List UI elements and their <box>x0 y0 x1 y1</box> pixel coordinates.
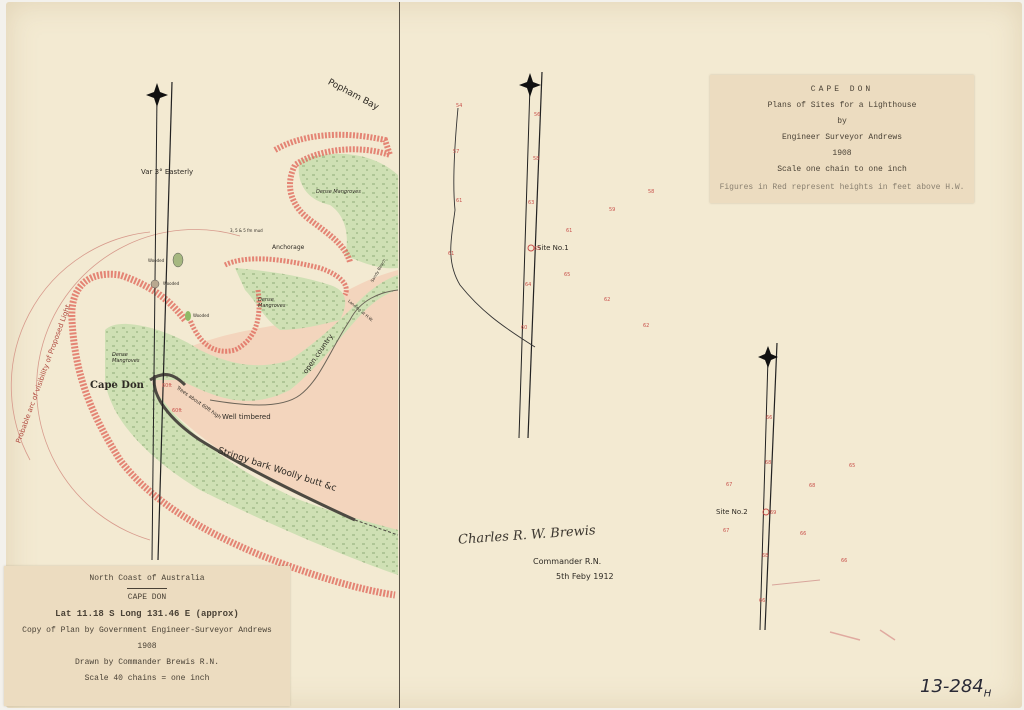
anchorage-label: Anchorage <box>272 244 304 251</box>
dense-mangroves-label-1: Dense Mangroves <box>316 189 361 195</box>
site2-center-height: 69 <box>770 510 776 516</box>
spot-height: 66 <box>759 598 765 604</box>
title-line: CAPE DON <box>710 85 974 94</box>
site1-boundary <box>451 108 535 347</box>
spot-height: 61 <box>448 251 454 257</box>
title-line: by <box>710 117 974 126</box>
reference-number-main: 13-284 <box>920 676 984 697</box>
title-block-left: North Coast of Australia CAPE DON Lat 11… <box>4 566 290 706</box>
reference-number-suffix: H <box>984 689 992 700</box>
spot-height: 61 <box>566 228 572 234</box>
title-line: Figures in Red represent heights in feet… <box>710 183 974 192</box>
spot-height: 59 <box>609 207 615 213</box>
spot-height: 67 <box>723 528 729 534</box>
variation-label: Var 3° Easterly <box>141 168 193 176</box>
dense-mangroves-label-3: Dense Mangroves <box>112 352 152 364</box>
site2-label: Site No.2 <box>716 508 748 516</box>
wooded-label-2: Wooded <box>163 281 179 286</box>
spot-height: 66 <box>766 415 772 421</box>
height-label-1: 60ft <box>162 383 172 389</box>
spot-height: 65 <box>564 272 570 278</box>
title-line: 1908 <box>710 149 974 158</box>
title-line: Scale 40 chains = one inch <box>4 674 290 683</box>
title-line: Drawn by Commander Brewis R.N. <box>4 658 290 667</box>
title-line: Plans of Sites for a Lighthouse <box>710 101 974 110</box>
spot-height: 58 <box>533 156 539 162</box>
spot-height: 62 <box>643 323 649 329</box>
reference-number: 13-284H <box>920 676 991 700</box>
north-arrow-site2 <box>758 343 778 630</box>
spot-height: 66 <box>841 558 847 564</box>
spot-height: 63 <box>528 200 534 206</box>
spot-height: 68 <box>762 553 768 559</box>
wooded-label-3: Wooded <box>193 313 209 318</box>
spot-height: 67 <box>726 482 732 488</box>
sheet-fold-line <box>399 2 400 708</box>
dense-mangroves-label-2: Dense Mangroves <box>258 297 298 309</box>
spot-height: 68 <box>809 483 815 489</box>
height-label-2: 60ft <box>172 408 182 414</box>
wooded-label-1: Wooded <box>148 258 164 263</box>
title-line: 1908 <box>4 642 290 651</box>
signature-date: 5th Feby 1912 <box>556 572 614 581</box>
spot-height: 68 <box>765 460 771 466</box>
title-line: CAPE DON <box>4 593 290 602</box>
title-line: Engineer Surveyor Andrews <box>710 133 974 142</box>
spot-height: 56 <box>534 112 540 118</box>
spot-height: 60 <box>521 325 527 331</box>
depth-note: 3, 5 & 5 fm mud <box>230 228 263 233</box>
cape-don-label: Cape Don <box>90 380 144 391</box>
title-block-right: CAPE DON Plans of Sites for a Lighthouse… <box>710 75 974 203</box>
title-line: Scale one chain to one inch <box>710 165 974 174</box>
site1-center-height: 65 <box>534 246 540 252</box>
spot-height: 57 <box>453 149 459 155</box>
spot-height: 54 <box>456 103 462 109</box>
title-divider <box>127 588 167 589</box>
signature-rank: Commander R.N. <box>533 557 601 566</box>
title-line: Lat 11.18 S Long 131.46 E (approx) <box>4 609 290 619</box>
title-line: North Coast of Australia <box>4 574 290 583</box>
site1-label: Site No.1 <box>537 244 569 252</box>
title-line: Copy of Plan by Government Engineer-Surv… <box>4 626 290 635</box>
well-timbered-label: Well timbered <box>222 413 271 421</box>
spot-height: 58 <box>648 189 654 195</box>
spot-height: 62 <box>604 297 610 303</box>
spot-height: 61 <box>456 198 462 204</box>
spot-height: 65 <box>849 463 855 469</box>
north-arrow-site1 <box>519 72 542 438</box>
spot-height: 64 <box>525 282 531 288</box>
spot-height: 66 <box>800 531 806 537</box>
